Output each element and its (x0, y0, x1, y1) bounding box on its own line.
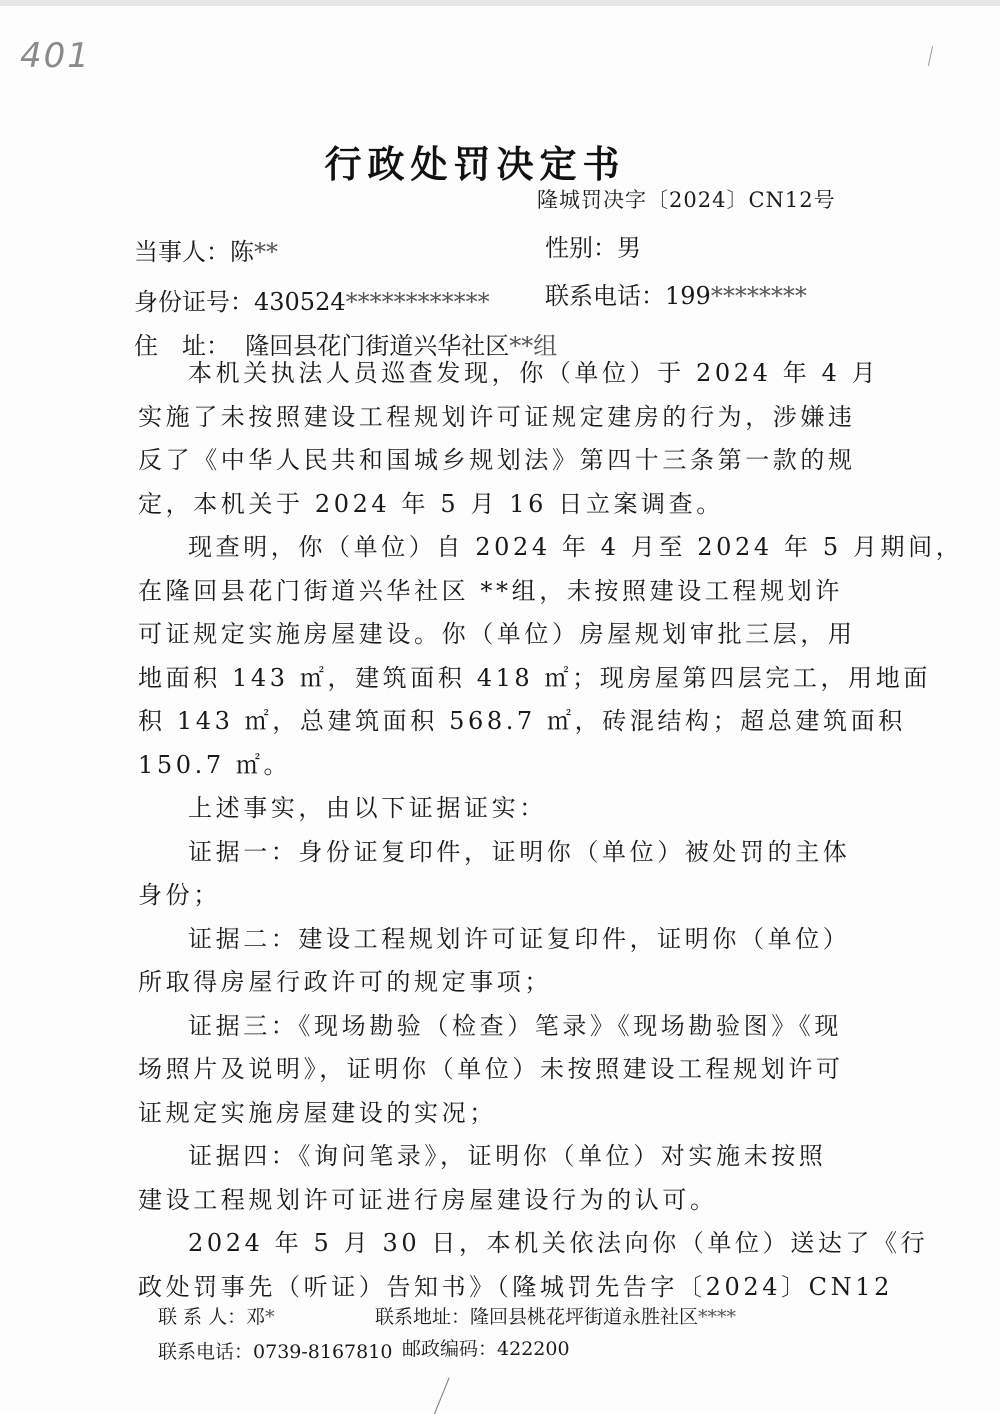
evidence-4-line: 证据四：《询问笔录》，证明你（单位）对实施未按照 (138, 1135, 838, 1179)
body-line: 可证规定实施房屋建设。你（单位）房屋规划审批三层，用 (138, 613, 838, 657)
gender-value: 男 (617, 234, 641, 262)
contact-person-redacted: * (265, 1306, 275, 1328)
party-name-redacted: ** (254, 238, 278, 266)
evidence-3-line: 证据三：《现场勘验（检查）笔录》《现场勘验图》《现 (138, 1005, 838, 1049)
document-page: 401 行政处罚决定书 隆城罚决字〔2024〕CN12号 当事人：陈** 性别：… (0, 0, 1000, 1414)
handwritten-page-number: 401 (20, 36, 91, 76)
contact-phone-value: 0739-8167810 (253, 1341, 392, 1363)
gender-row: 性别：男 (545, 228, 641, 263)
phone-value: 199 (665, 282, 711, 310)
postal-code-row: 邮政编码：422200 (402, 1334, 570, 1361)
document-number: 隆城罚决字〔2024〕CN12号 (537, 184, 836, 214)
body-line: 2024 年 5 月 30 日，本机关依法向你（单位）送达了《行 (138, 1222, 838, 1266)
phone-row: 联系电话：199******** (545, 276, 807, 311)
evidence-1-line: 身份； (138, 874, 838, 918)
evidence-3-line: 证规定实施房屋建设的实况； (138, 1092, 838, 1136)
evidence-2-line: 证据二：建设工程规划许可证复印件，证明你（单位） (138, 918, 838, 962)
contact-phone-row: 联系电话：0739-8167810 (158, 1337, 392, 1364)
party-name-row: 当事人：陈** (134, 232, 278, 267)
contact-address-label: 联系地址： (375, 1306, 470, 1328)
body-line: 定，本机关于 2024 年 5 月 16 日立案调查。 (138, 483, 838, 527)
document-body: 本机关执法人员巡查发现，你（单位）于 2024 年 4 月 实施了未按照建设工程… (138, 352, 838, 1309)
body-line: 现查明，你（单位）自 2024 年 4 月至 2024 年 5 月期间， (138, 526, 838, 570)
contact-person-label: 联 系 人： (158, 1306, 246, 1328)
id-number-value: 430524 (254, 288, 346, 316)
party-name-value: 陈 (230, 238, 254, 266)
pen-mark (928, 46, 933, 66)
contact-phone-label: 联系电话： (158, 1341, 253, 1363)
id-number-label: 身份证号： (134, 288, 254, 316)
phone-label: 联系电话： (545, 282, 665, 310)
id-number-redacted: ************ (346, 288, 490, 316)
phone-redacted: ******** (711, 282, 807, 310)
party-name-label: 当事人： (134, 238, 230, 266)
contact-person-row: 联 系 人：邓* (158, 1302, 275, 1329)
evidence-3-line: 场照片及说明》，证明你（单位）未按照建设工程规划许可 (138, 1048, 838, 1092)
id-number-row: 身份证号：430524************ (134, 282, 490, 317)
postal-code-value: 422200 (497, 1338, 570, 1360)
body-line: 积 143 ㎡，总建筑面积 568.7 ㎡，砖混结构；超总建筑面积 (138, 700, 838, 744)
evidence-1-line: 证据一：身份证复印件，证明你（单位）被处罚的主体 (138, 831, 838, 875)
contact-address-row: 联系地址：隆回县桃花坪街道永胜社区**** (375, 1302, 736, 1329)
body-line: 150.7 ㎡。 (138, 744, 838, 788)
body-line: 地面积 143 ㎡，建筑面积 418 ㎡；现房屋第四层完工，用地面 (138, 657, 838, 701)
body-line: 本机关执法人员巡查发现，你（单位）于 2024 年 4 月 (138, 352, 838, 396)
contact-address-redacted: **** (698, 1306, 736, 1328)
evidence-intro: 上述事实，由以下证据证实： (138, 787, 838, 831)
pen-mark (431, 1377, 449, 1414)
body-line: 实施了未按照建设工程规划许可证规定建房的行为，涉嫌违 (138, 396, 838, 440)
evidence-2-line: 所取得房屋行政许可的规定事项； (138, 961, 838, 1005)
contact-person-value: 邓 (246, 1306, 265, 1328)
document-title: 行政处罚决定书 (0, 134, 950, 188)
body-line: 反了《中华人民共和国城乡规划法》第四十三条第一款的规 (138, 439, 838, 483)
evidence-4-line: 建设工程规划许可证进行房屋建设行为的认可。 (138, 1179, 838, 1223)
body-line: 在隆回县花门街道兴华社区 **组，未按照建设工程规划许 (138, 570, 838, 614)
postal-code-label: 邮政编码： (402, 1338, 497, 1360)
gender-label: 性别： (545, 234, 617, 262)
contact-address-value: 隆回县桃花坪街道永胜社区 (470, 1306, 698, 1328)
